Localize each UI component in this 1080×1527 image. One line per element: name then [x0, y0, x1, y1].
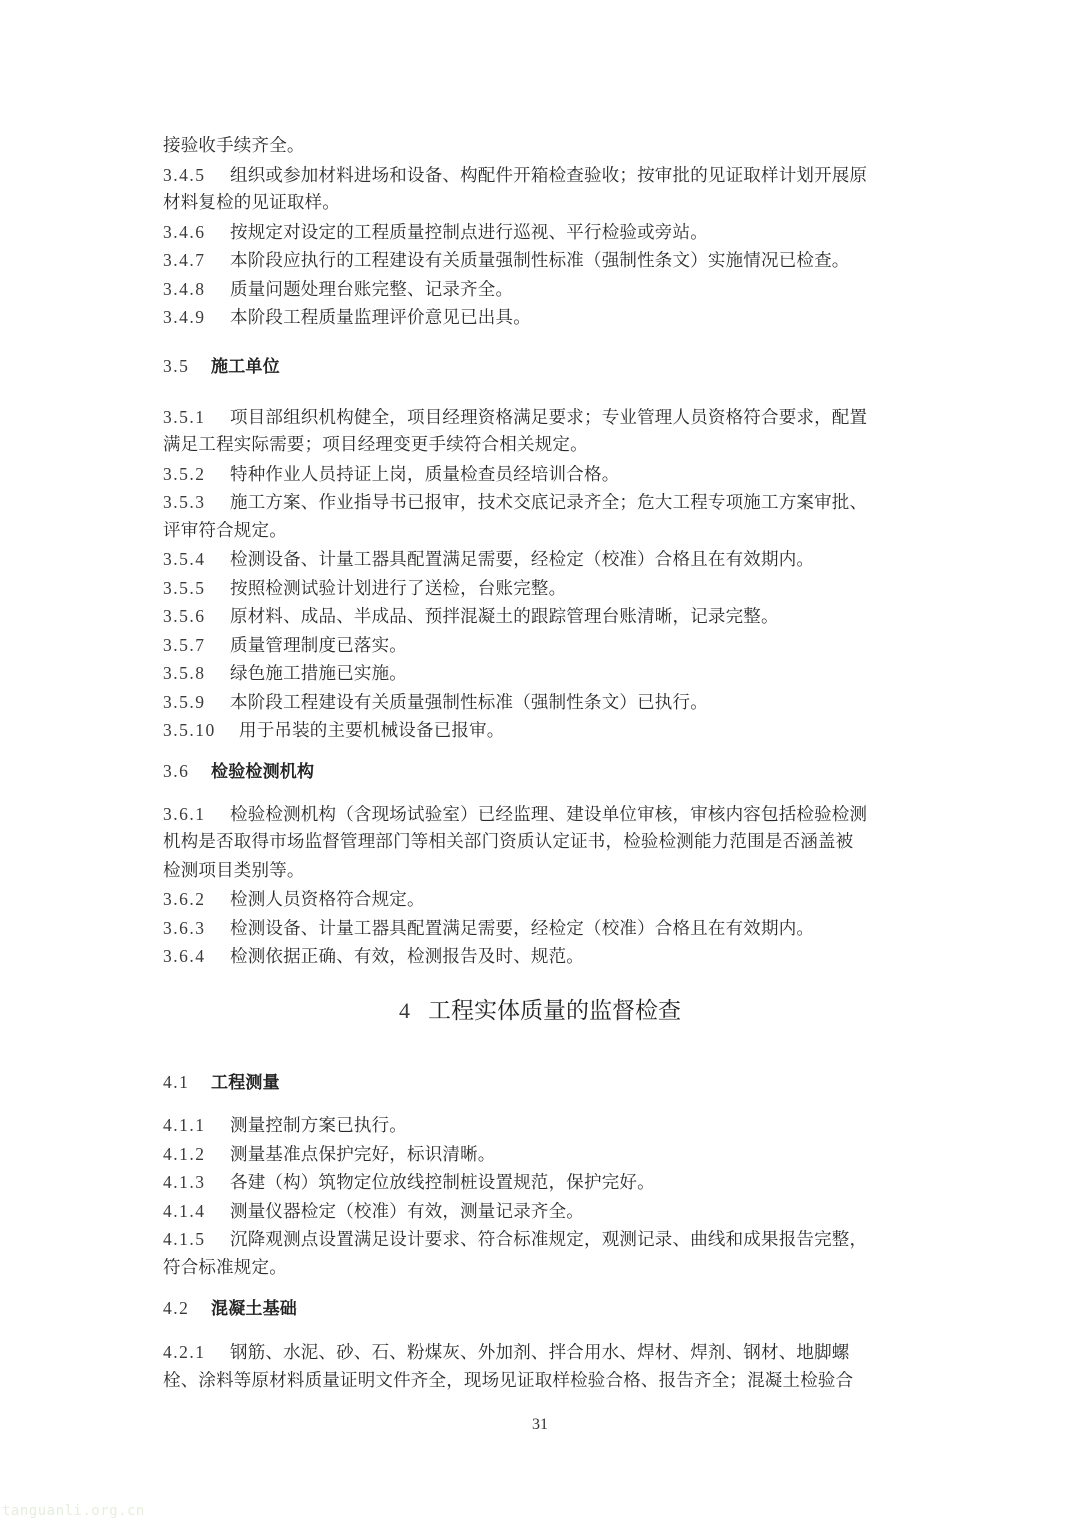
section-heading-3-5: 3.5施工单位 — [163, 354, 923, 379]
paragraph-line: 材料复检的见证取样。 — [163, 191, 923, 215]
clause-4-2-1: 4.2.1钢筋、水泥、砂、石、粉煤灰、外加剂、拌合用水、焊材、焊剂、钢材、地脚螺 — [163, 1340, 923, 1365]
clause-3-6-3: 3.6.3检测设备、计量工器具配置满足需要，经检定（校准）合格且在有效期内。 — [163, 916, 923, 941]
clause-3-4-7: 3.4.7本阶段应执行的工程建设有关质量强制性标准（强制性条文）实施情况已检查。 — [163, 248, 923, 273]
clause-3-6-2: 3.6.2检测人员资格符合规定。 — [163, 887, 923, 912]
paragraph-line: 检测项目类别等。 — [163, 859, 923, 883]
clause-3-4-9: 3.4.9本阶段工程质量监理评价意见已出具。 — [163, 305, 923, 330]
paragraph-line: 栓、涂料等原材料质量证明文件齐全，现场见证取样检验合格、报告齐全；混凝土检验合 — [163, 1369, 923, 1393]
clause-3-5-7: 3.5.7质量管理制度已落实。 — [163, 633, 923, 658]
paragraph-line: 满足工程实际需要；项目经理变更手续符合相关规定。 — [163, 433, 923, 457]
clause-3-4-8: 3.4.8质量问题处理台账完整、记录齐全。 — [163, 277, 923, 302]
clause-number: 3.4.7 — [163, 248, 230, 272]
clause-3-5-5: 3.5.5按照检测试验计划进行了送检，台账完整。 — [163, 576, 923, 601]
paragraph-line: 评审符合规定。 — [163, 519, 923, 543]
section-heading-3-6: 3.6检验检测机构 — [163, 759, 923, 784]
section-heading-4-2: 4.2混凝土基础 — [163, 1296, 923, 1321]
clause-3-5-4: 3.5.4检测设备、计量工器具配置满足需要，经检定（校准）合格且在有效期内。 — [163, 547, 923, 572]
clause-4-1-5: 4.1.5沉降观测点设置满足设计要求、符合标准规定，观测记录、曲线和成果报告完整… — [163, 1227, 923, 1252]
page-number: 31 — [0, 1416, 1080, 1434]
clause-number: 3.4.9 — [163, 305, 230, 329]
clause-4-1-3: 4.1.3各建（构）筑物定位放线控制桩设置规范，保护完好。 — [163, 1170, 923, 1195]
clause-3-5-2: 3.5.2特种作业人员持证上岗，质量检查员经培训合格。 — [163, 462, 923, 487]
paragraph-line: 符合标准规定。 — [163, 1256, 923, 1280]
paragraph-line: 机构是否取得市场监督管理部门等相关部门资质认定证书，检验检测能力范围是否涵盖被 — [163, 830, 923, 854]
section-heading-4-1: 4.1工程测量 — [163, 1070, 923, 1095]
clause-4-1-1: 4.1.1测量控制方案已执行。 — [163, 1113, 923, 1138]
clause-number: 3.4.6 — [163, 220, 230, 244]
clause-3-5-9: 3.5.9本阶段工程建设有关质量强制性标准（强制性条文）已执行。 — [163, 690, 923, 715]
chapter-heading-4: 4工程实体质量的监督检查 — [0, 996, 1080, 1026]
clause-3-5-10: 3.5.10用于吊装的主要机械设备已报审。 — [163, 718, 923, 743]
clause-3-6-1: 3.6.1检验检测机构（含现场试验室）已经监理、建设单位审核，审核内容包括检验检… — [163, 802, 923, 827]
watermark: tanguanli.org.cn — [2, 1503, 145, 1519]
clause-number: 3.4.8 — [163, 277, 230, 301]
paragraph-line: 接验收手续齐全。 — [163, 134, 923, 158]
clause-4-1-4: 4.1.4测量仪器检定（校准）有效，测量记录齐全。 — [163, 1199, 923, 1224]
clause-3-5-6: 3.5.6原材料、成品、半成品、预拌混凝土的跟踪管理台账清晰，记录完整。 — [163, 604, 923, 629]
clause-3-5-3: 3.5.3施工方案、作业指导书已报审，技术交底记录齐全；危大工程专项施工方案审批… — [163, 490, 923, 515]
clause-3-5-8: 3.5.8绿色施工措施已实施。 — [163, 661, 923, 686]
clause-3-4-5: 3.4.5组织或参加材料进场和设备、构配件开箱检查验收；按审批的见证取样计划开展… — [163, 163, 923, 188]
clause-3-5-1: 3.5.1项目部组织机构健全，项目经理资格满足要求；专业管理人员资格符合要求，配… — [163, 405, 923, 430]
clause-3-6-4: 3.6.4检测依据正确、有效，检测报告及时、规范。 — [163, 944, 923, 969]
clause-3-4-6: 3.4.6按规定对设定的工程质量控制点进行巡视、平行检验或旁站。 — [163, 220, 923, 245]
clause-number: 3.4.5 — [163, 163, 230, 187]
document-page: 接验收手续齐全。 3.4.5组织或参加材料进场和设备、构配件开箱检查验收；按审批… — [0, 0, 1080, 1527]
clause-4-1-2: 4.1.2测量基准点保护完好，标识清晰。 — [163, 1142, 923, 1167]
